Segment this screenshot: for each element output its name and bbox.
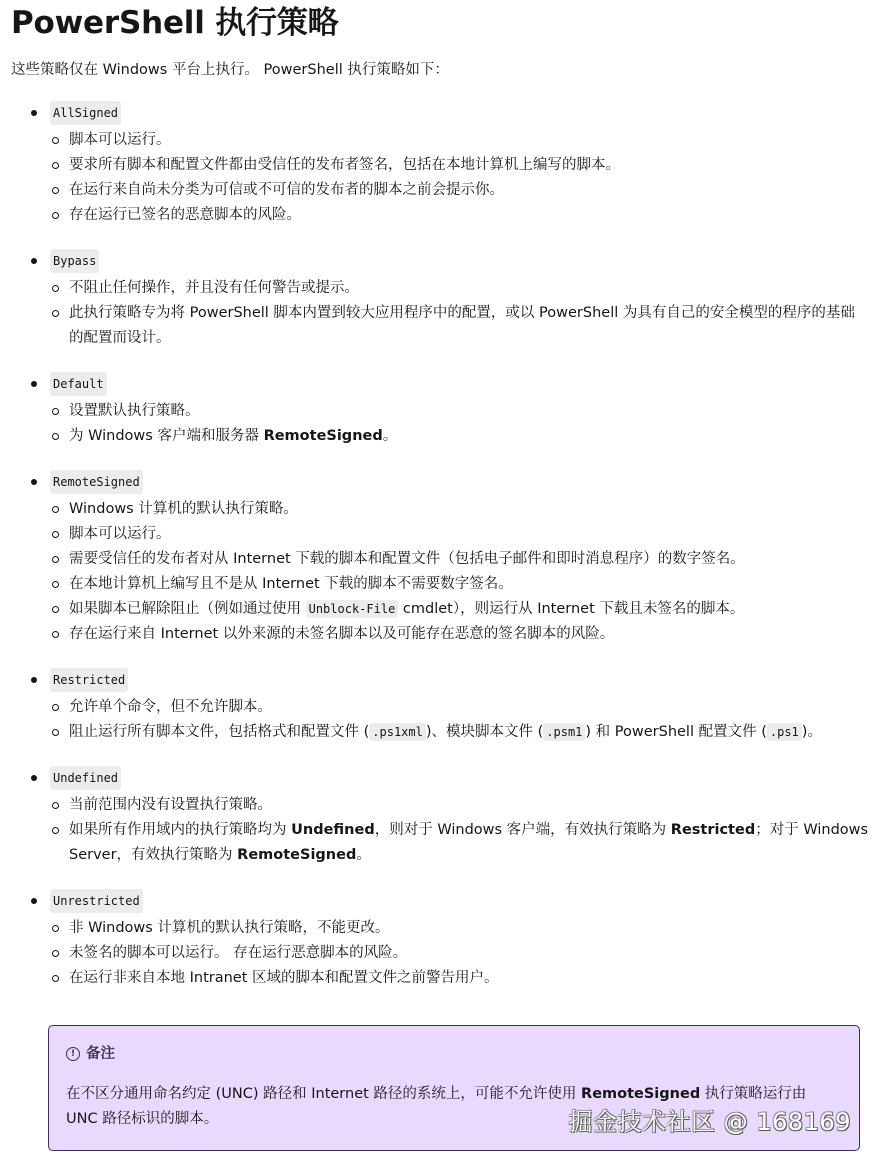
- policy-name: Undefined: [50, 766, 121, 790]
- bullet-icon: [31, 677, 37, 683]
- circle-bullet-icon: [52, 162, 59, 169]
- circle-bullet-icon: [52, 187, 59, 194]
- list-item: 当前范围内没有设置执行策略。: [50, 793, 869, 818]
- list-item: 不阻止任何操作，并且没有任何警告或提示。: [50, 276, 869, 301]
- list-item: 在运行来自尚未分类为可信或不可信的发布者的脚本之前会提示你。: [50, 178, 869, 203]
- list-item: 存在运行来自 Internet 以外来源的未签名脚本以及可能存在恶意的签名脚本的…: [50, 622, 869, 647]
- list-item: 此执行策略专为将 PowerShell 脚本内置到较大应用程序中的配置，或以 P…: [50, 301, 869, 351]
- policy-name: RemoteSigned: [50, 470, 143, 494]
- inline-code: .ps1xml: [369, 723, 426, 741]
- policy-undefined: Undefined 当前范围内没有设置执行策略。 如果所有作用域内的执行策略均为…: [11, 766, 869, 868]
- policy-bypass: Bypass 不阻止任何操作，并且没有任何警告或提示。 此执行策略专为将 Pow…: [11, 249, 869, 351]
- inline-code: .ps1: [767, 723, 802, 741]
- list-item: 未签名的脚本可以运行。 存在运行恶意脚本的风险。: [50, 941, 869, 966]
- list-item: 非 Windows 计算机的默认执行策略，不能更改。: [50, 916, 869, 941]
- circle-bullet-icon: [52, 408, 59, 415]
- list-item: 阻止运行所有脚本文件，包括格式和配置文件 (.ps1xml)、模块脚本文件 (.…: [50, 720, 869, 745]
- circle-bullet-icon: [52, 506, 59, 513]
- circle-bullet-icon: [52, 704, 59, 711]
- list-item: 在本地计算机上编写且不是从 Internet 下载的脚本不需要数字签名。: [50, 572, 869, 597]
- bullet-icon: [31, 775, 37, 781]
- policy-name: AllSigned: [50, 101, 121, 125]
- circle-bullet-icon: [52, 310, 59, 317]
- circle-bullet-icon: [52, 950, 59, 957]
- policy-allsigned: AllSigned 脚本可以运行。 要求所有脚本和配置文件都由受信任的发布者签名…: [11, 101, 869, 228]
- circle-bullet-icon: [52, 606, 59, 613]
- circle-bullet-icon: [52, 433, 59, 440]
- policy-restricted: Restricted 允许单个命令，但不允许脚本。 阻止运行所有脚本文件，包括格…: [11, 668, 869, 745]
- circle-bullet-icon: [52, 975, 59, 982]
- list-item: 如果所有作用域内的执行策略均为 Undefined，则对于 Windows 客户…: [50, 818, 869, 868]
- inline-code: .psm1: [543, 723, 585, 741]
- list-item: 设置默认执行策略。: [50, 399, 869, 424]
- policy-default: Default 设置默认执行策略。 为 Windows 客户端和服务器 Remo…: [11, 372, 869, 449]
- policy-name: Restricted: [50, 668, 128, 692]
- list-item: 脚本可以运行。: [50, 522, 869, 547]
- policy-name: Bypass: [50, 249, 99, 273]
- policy-unrestricted: Unrestricted 非 Windows 计算机的默认执行策略，不能更改。 …: [11, 889, 869, 991]
- circle-bullet-icon: [52, 531, 59, 538]
- bullet-icon: [31, 479, 37, 485]
- circle-bullet-icon: [52, 556, 59, 563]
- info-circle-icon: !: [66, 1047, 80, 1061]
- circle-bullet-icon: [52, 925, 59, 932]
- policy-remotesigned: RemoteSigned Windows 计算机的默认执行策略。 脚本可以运行。…: [11, 470, 869, 647]
- policy-list: AllSigned 脚本可以运行。 要求所有脚本和配置文件都由受信任的发布者签名…: [11, 101, 869, 991]
- bullet-icon: [31, 898, 37, 904]
- list-item: 需要受信任的发布者对从 Internet 下载的脚本和配置文件（包括电子邮件和即…: [50, 547, 869, 572]
- list-item: 如果脚本已解除阻止（例如通过使用 Unblock-File cmdlet），则运…: [50, 597, 869, 622]
- inline-code: Unblock-File: [306, 600, 399, 618]
- circle-bullet-icon: [52, 285, 59, 292]
- bullet-icon: [31, 258, 37, 264]
- circle-bullet-icon: [52, 581, 59, 588]
- list-item: 为 Windows 客户端和服务器 RemoteSigned。: [50, 424, 869, 449]
- list-item: Windows 计算机的默认执行策略。: [50, 497, 869, 522]
- list-item: 存在运行已签名的恶意脚本的风险。: [50, 203, 869, 228]
- list-item: 要求所有脚本和配置文件都由受信任的发布者签名，包括在本地计算机上编写的脚本。: [50, 153, 869, 178]
- intro-paragraph: 这些策略仅在 Windows 平台上执行。 PowerShell 执行策略如下：: [11, 59, 869, 81]
- circle-bullet-icon: [52, 729, 59, 736]
- watermark: 掘金技术社区 @ 168169: [569, 1102, 851, 1137]
- circle-bullet-icon: [52, 631, 59, 638]
- circle-bullet-icon: [52, 212, 59, 219]
- note-title: ! 备注: [66, 1044, 842, 1064]
- list-item: 脚本可以运行。: [50, 128, 869, 153]
- list-item: 允许单个命令，但不允许脚本。: [50, 695, 869, 720]
- policy-name: Default: [50, 372, 107, 396]
- article: PowerShell 执行策略 这些策略仅在 Windows 平台上执行。 Po…: [11, 0, 869, 1012]
- page-title: PowerShell 执行策略: [11, 0, 869, 44]
- policy-name: Unrestricted: [50, 889, 143, 913]
- list-item: 在运行非来自本地 Intranet 区域的脚本和配置文件之前警告用户。: [50, 966, 869, 991]
- bullet-icon: [31, 381, 37, 387]
- bullet-icon: [31, 110, 37, 116]
- circle-bullet-icon: [52, 827, 59, 834]
- circle-bullet-icon: [52, 137, 59, 144]
- circle-bullet-icon: [52, 802, 59, 809]
